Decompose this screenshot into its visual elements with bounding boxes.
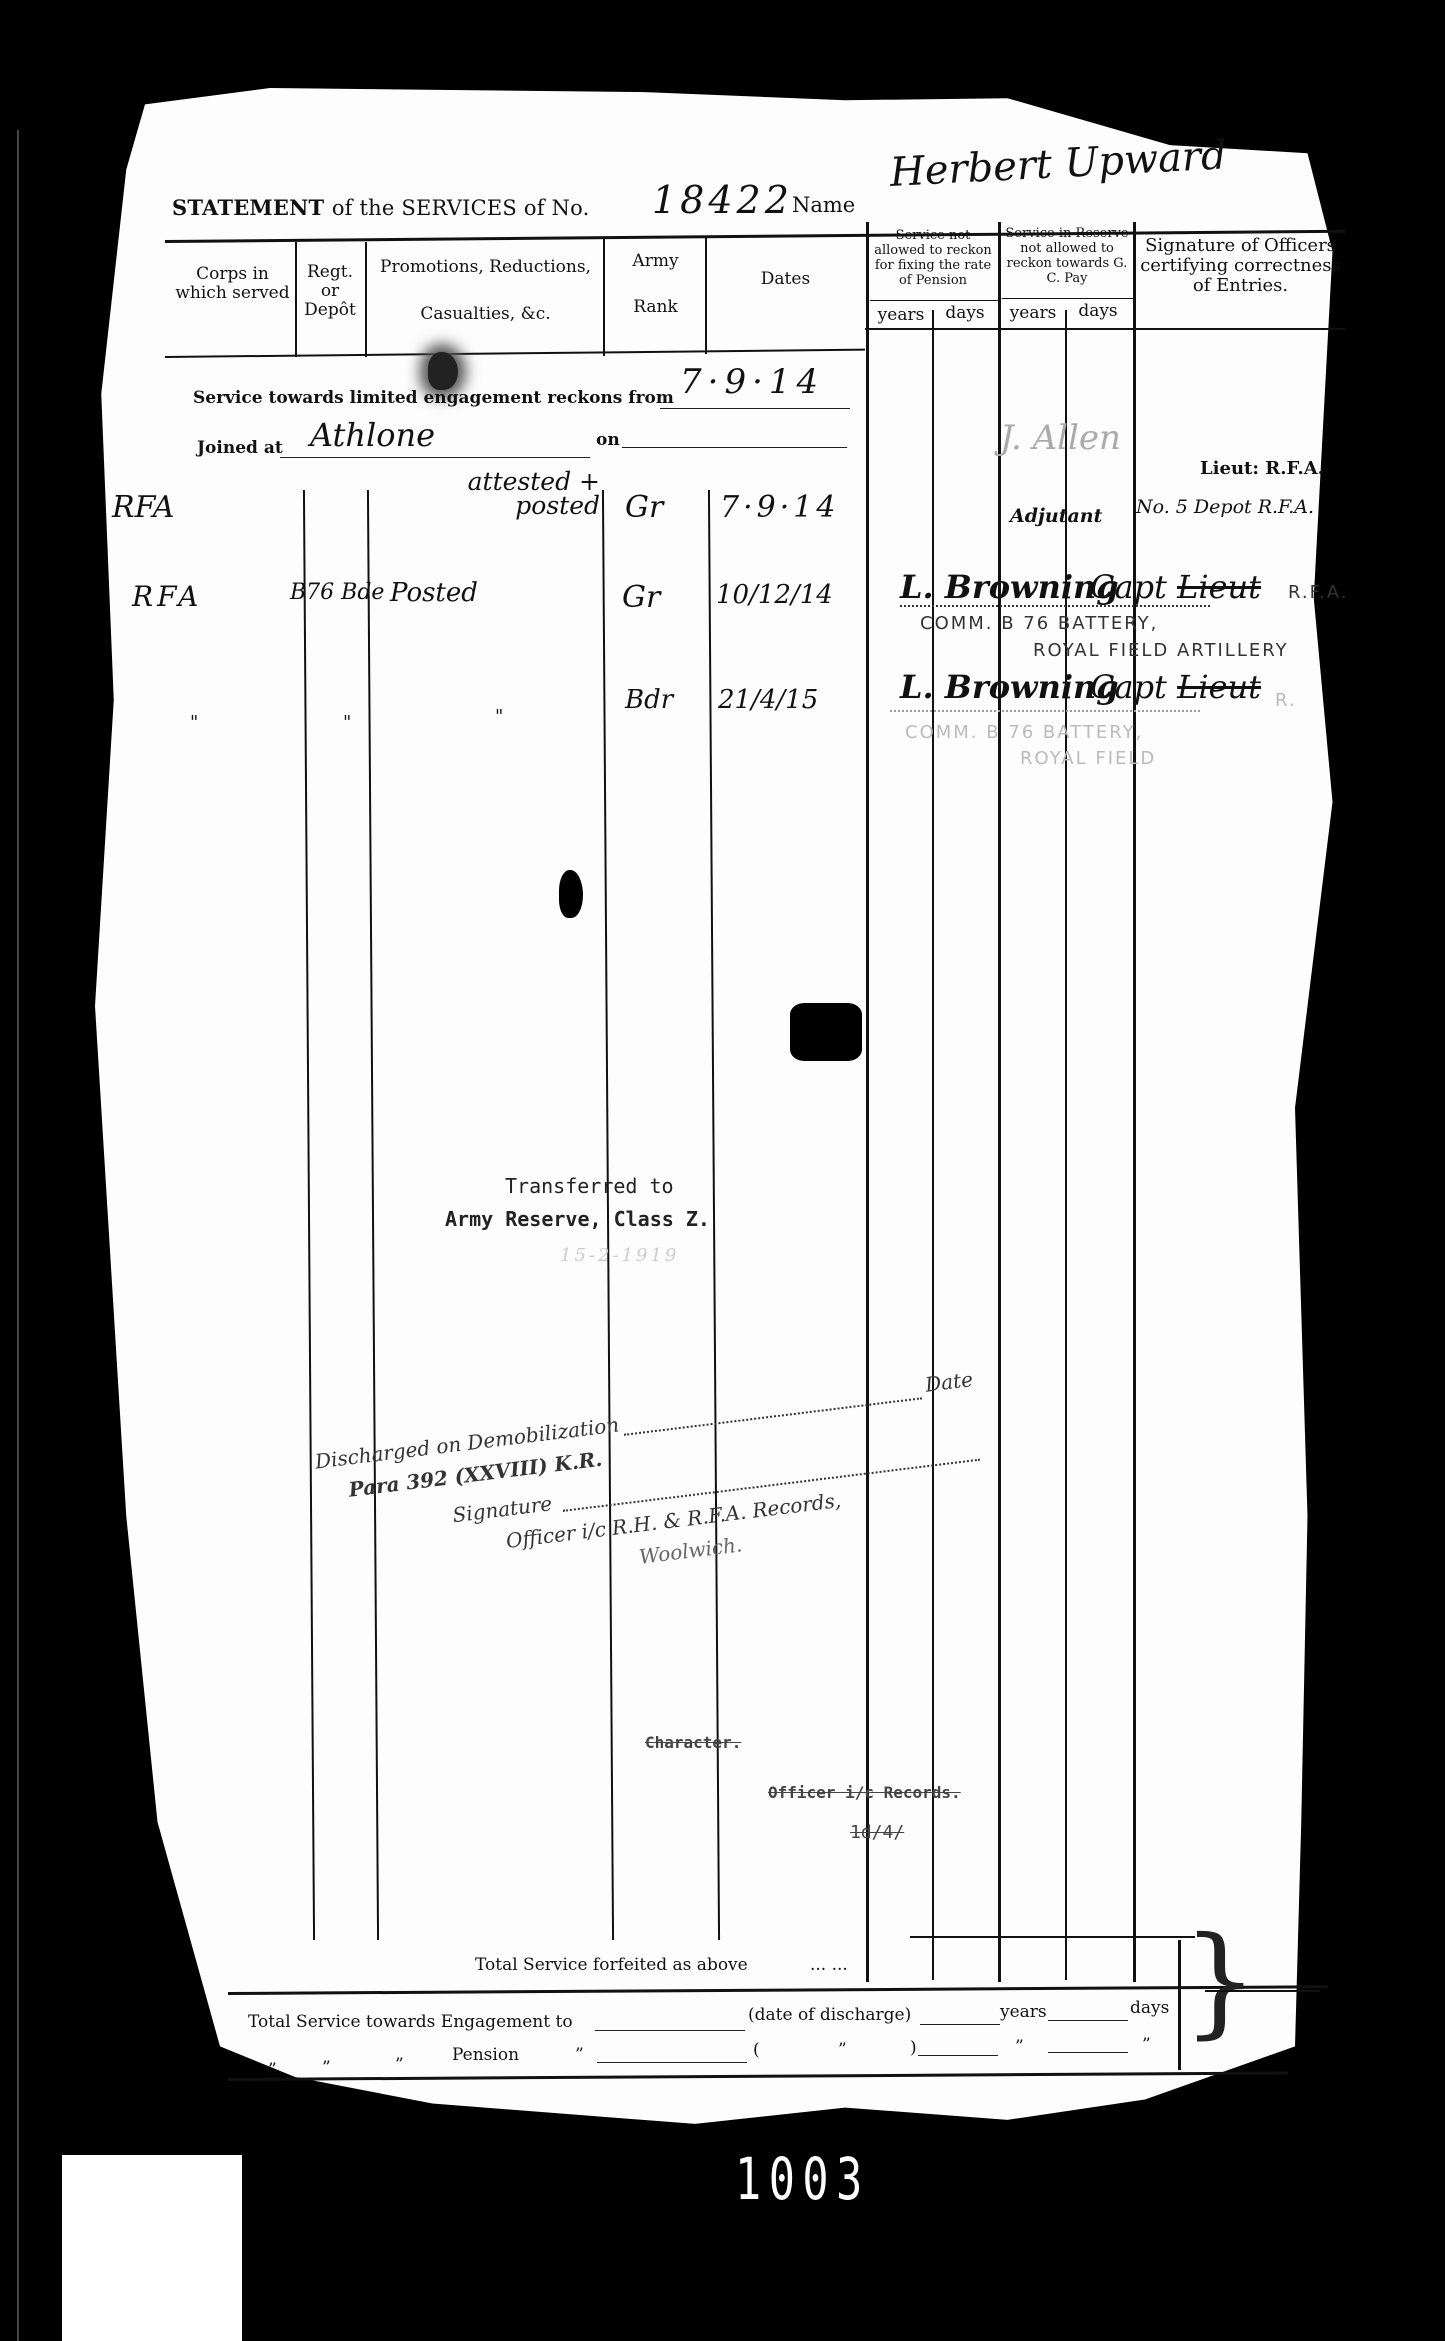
transfer-line-1: Transferred to (505, 1174, 674, 1198)
brace-symbol: } (1182, 1922, 1258, 2042)
entry-3-rank: Bdr (625, 685, 673, 715)
header-years-reserve: years (1002, 304, 1064, 323)
scan-edge-line (17, 130, 19, 2341)
on-line (622, 447, 847, 448)
depot-label: No. 5 Depot R.F.A. (1136, 496, 1314, 518)
stamp-2-line-2: ROYAL FIELD (1020, 748, 1156, 769)
transfer-line-2: Army Reserve, Class Z. (445, 1207, 710, 1231)
stamp-1-line-2: ROYAL FIELD ARTILLERY (1033, 640, 1289, 661)
engagement-date-line (595, 2030, 745, 2031)
stamp-2-line-1: COMM. B 76 BATTERY, (905, 722, 1143, 743)
header-dates: Dates (708, 270, 863, 289)
col-line-pension-mid (932, 310, 934, 1980)
pension-label: Pension (452, 2045, 519, 2065)
joined-at-line (280, 457, 590, 458)
totals-top-rule (910, 1936, 1195, 1938)
col-line-reserve-mid (1065, 310, 1067, 1980)
col-line-pension-left (866, 222, 869, 1982)
ditto-6: ” (1015, 2037, 1024, 2057)
joined-at-label: Joined at (197, 438, 283, 458)
struck-date-stamp: 1d/4/ (850, 1822, 904, 1843)
entry-1-event: attested + posted (420, 470, 600, 518)
entry-3-event-ditto: " (495, 706, 503, 727)
brace-rule (1205, 1990, 1320, 1992)
title-prefix: STATEMENT (172, 195, 324, 220)
header-service-reserve: Service in Reserve not allowed to reckon… (1002, 226, 1132, 286)
discharge-date-dots (624, 1397, 922, 1436)
years-line (920, 2024, 1000, 2025)
document-title: STATEMENT of the SERVICES of No. (172, 195, 589, 220)
pension-days-line (1048, 2052, 1128, 2053)
signature-dotted-line (900, 605, 1210, 607)
ditto-2: ” (322, 2058, 331, 2078)
sig1-rank: Capt (1090, 568, 1167, 606)
days-label: days (1130, 1998, 1169, 2018)
sig2-unit: R. (1275, 690, 1297, 711)
stamp-1-line-1: COMM. B 76 BATTERY, (920, 613, 1158, 634)
limited-engagement-line (660, 408, 850, 409)
sig1-unit: R.F.A. (1288, 582, 1349, 603)
signature-dotted-line (890, 710, 1200, 712)
ditto-4: ” (575, 2045, 584, 2065)
total-engagement-label: Total Service towards Engagement to (248, 2012, 573, 2032)
officer-signature-2-rank: Capt Lieut (1090, 668, 1261, 706)
ditto-3: ” (395, 2055, 404, 2075)
service-number: 18422 (652, 178, 793, 222)
sig1-struck-rank: Lieut (1177, 568, 1261, 606)
paper-hole (559, 870, 583, 918)
limited-engagement-label: Service towards limited engagement recko… (193, 388, 674, 408)
total-forfeited-dots: ... ... (810, 1955, 848, 1975)
calibration-card (62, 2155, 242, 2341)
entry-2-date: 10/12/14 (716, 580, 833, 610)
sig2-struck-rank: Lieut (1177, 668, 1261, 706)
entry-3-regt-ditto: " (343, 712, 351, 733)
title-mid: of the SERVICES of No. (332, 196, 590, 220)
transfer-date: 15-2-1919 (560, 1245, 679, 1266)
adjutant-rank: Lieut: R.F.A. (1200, 458, 1324, 479)
header-right-rule (865, 328, 1345, 330)
header-promotions: Promotions, Reductions, (368, 258, 603, 277)
col-line (705, 236, 707, 354)
header-rank: Rank (608, 298, 703, 317)
col-line (365, 242, 367, 357)
subheader-rule (870, 300, 998, 301)
years-label: years (1000, 2002, 1047, 2022)
joined-at-value: Athlone (310, 416, 435, 454)
days-line (1048, 2020, 1128, 2021)
entry-2-event: Posted (390, 578, 478, 608)
entry-1-date: 7·9·14 (720, 490, 839, 525)
adjutant-signature: J. Allen (1000, 418, 1121, 458)
discharge-date-label: Date (924, 1367, 974, 1397)
entry-2-rank: Gr (622, 580, 660, 615)
on-label: on (596, 430, 620, 450)
name-label: Name (792, 193, 855, 217)
signature-label: Signature (451, 1491, 553, 1527)
officer-signature-1-rank: Capt Lieut (1090, 568, 1261, 606)
sig2-rank: Capt (1090, 668, 1167, 706)
pension-open-paren: ( (753, 2040, 760, 2060)
adjutant-title: Adjutant (1010, 505, 1102, 527)
officer-signature-1: L. Browning (900, 568, 1119, 606)
date-of-discharge-label: (date of discharge) (748, 2005, 911, 2025)
entry-3-date: 21/4/15 (718, 685, 818, 715)
struck-officer-stamp: Officer i/c Records. (768, 1783, 961, 1802)
header-casualties: Casualties, &c. (368, 305, 603, 324)
header-regt: Regt. or Depôt (297, 263, 363, 320)
paper-hole (790, 1003, 862, 1061)
limited-engagement-date: 7·9·14 (680, 362, 824, 402)
entry-2-corps: RFA (132, 580, 202, 613)
officer-signature-2: L. Browning (900, 668, 1119, 706)
ink-blot (428, 352, 458, 390)
header-service-not-allowed: Service not allowed to reckon for fixing… (870, 228, 996, 288)
pension-years-line (918, 2055, 998, 2056)
entry-2-regt: B76 Bde (290, 580, 384, 605)
ditto-7: ” (1142, 2035, 1151, 2055)
header-days-pension: days (934, 304, 996, 323)
col-line-total-right (1178, 1940, 1181, 2070)
col-line-signature (1133, 222, 1136, 1982)
frame-number: 1003 (735, 2145, 870, 2213)
entry-3-corps-ditto: " (190, 712, 198, 733)
ditto-5: ” (838, 2040, 847, 2060)
header-army: Army (608, 252, 703, 271)
pension-date-line (597, 2062, 747, 2063)
header-days-reserve: days (1067, 302, 1129, 321)
struck-character-stamp: Character. (645, 1733, 741, 1752)
col-line (603, 238, 605, 356)
pension-close-paren: ) (910, 2038, 917, 2058)
col-line-reserve-left (998, 222, 1001, 1982)
subheader-rule (1002, 298, 1133, 299)
entry-1-corps: RFA (112, 490, 174, 525)
entry-1-rank: Gr (625, 490, 663, 525)
header-signature: Signature of Officers certifying correct… (1138, 236, 1343, 296)
total-forfeited-label: Total Service forfeited as above (475, 1955, 748, 1975)
header-years-pension: years (870, 306, 932, 325)
header-corps: Corps in which served (175, 265, 290, 303)
location: Woolwich. (638, 1532, 744, 1568)
